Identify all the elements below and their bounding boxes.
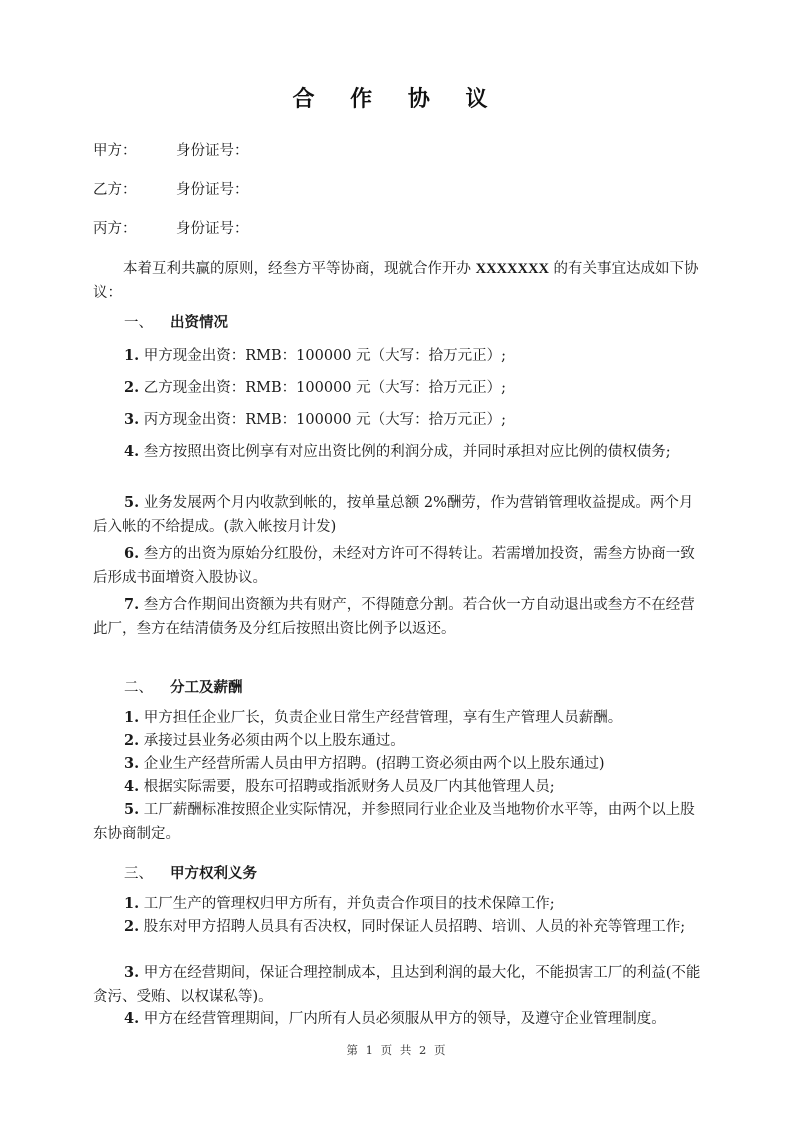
list-item: 1. 工厂生产的管理权归甲方所有，并负责合作项目的技术保障工作; (93, 892, 705, 916)
id-label: 身份证号： (176, 221, 249, 237)
list-item: 2. 承接过县业务必须由两个以上股东通过。 (93, 729, 705, 753)
intro-text: 本着互利共赢的原则，经叁方平等协商，现就合作开办 (123, 261, 476, 277)
list-item: 6. 叁方的出资为原始分红股份，未经对方许可不得转让。若需增加投资，需叁方协商一… (93, 542, 705, 590)
document-page: 合 作 协 议 甲方：身份证号： 乙方：身份证号： 丙方：身份证号： 本着互利共… (0, 0, 794, 1123)
company-placeholder: XXXXXXX (476, 261, 549, 277)
list-item: 2. 乙方现金出资：RMB：100000 元（大写：拾万元正）; (93, 376, 705, 400)
section-number: 三、 (124, 862, 170, 883)
intro-paragraph: 本着互利共赢的原则，经叁方平等协商，现就合作开办 XXXXXXX 的有关事宜达成… (93, 257, 703, 305)
party-name: 乙方： (93, 178, 176, 199)
list-item: 2. 股东对甲方招聘人员具有否决权，同时保证人员招聘、培训、人员的补充等管理工作… (93, 915, 705, 939)
list-item: 1. 甲方担任企业厂长，负责企业日常生产经营管理，享有生产管理人员薪酬。 (93, 706, 705, 730)
document-title: 合 作 协 议 (0, 82, 794, 113)
list-item: 7. 叁方合作期间出资额为共有财产，不得随意分割。若合伙一方自动退出或叁方不在经… (93, 593, 705, 641)
party-yi: 乙方：身份证号： (93, 178, 249, 199)
section-number: 一、 (124, 311, 170, 332)
party-bing: 丙方：身份证号： (93, 217, 249, 238)
section-title: 出资情况 (170, 314, 228, 331)
section-number: 二、 (124, 676, 170, 697)
list-item: 3. 丙方现金出资：RMB：100000 元（大写：拾万元正）; (93, 408, 705, 432)
list-item: 3. 甲方在经营期间，保证合理控制成本，且达到利润的最大化，不能损害工厂的利益(… (93, 961, 705, 1009)
page-footer: 第 1 页 共 2 页 (0, 1042, 794, 1058)
list-item: 4. 甲方在经营管理期间，厂内所有人员必须服从甲方的领导，及遵守企业管理制度。 (93, 1007, 705, 1031)
party-name: 甲方： (93, 139, 176, 160)
party-jia: 甲方：身份证号： (93, 139, 249, 160)
party-name: 丙方： (93, 217, 176, 238)
list-item: 3. 企业生产经营所需人员由甲方招聘。(招聘工资必须由两个以上股东通过) (93, 752, 705, 776)
section-title: 分工及薪酬 (170, 679, 243, 696)
id-label: 身份证号： (176, 143, 249, 159)
id-label: 身份证号： (176, 182, 249, 198)
list-item: 4. 叁方按照出资比例享有对应出资比例的利润分成，并同时承担对应比例的债权债务; (93, 440, 705, 464)
section-heading-2: 二、分工及薪酬 (124, 676, 243, 697)
list-item: 5. 工厂薪酬标准按照企业实际情况，并参照同行业企业及当地物价水平等，由两个以上… (93, 798, 705, 846)
section-heading-1: 一、出资情况 (124, 311, 228, 332)
list-item: 1. 甲方现金出资：RMB：100000 元（大写：拾万元正）; (93, 344, 705, 368)
section-heading-3: 三、甲方权利义务 (124, 862, 257, 883)
list-item: 5. 业务发展两个月内收款到帐的，按单量总额 2%酬劳，作为营销管理收益提成。两… (93, 491, 705, 539)
section-title: 甲方权利义务 (170, 865, 257, 882)
list-item: 4. 根据实际需要，股东可招聘或指派财务人员及厂内其他管理人员; (93, 775, 705, 799)
